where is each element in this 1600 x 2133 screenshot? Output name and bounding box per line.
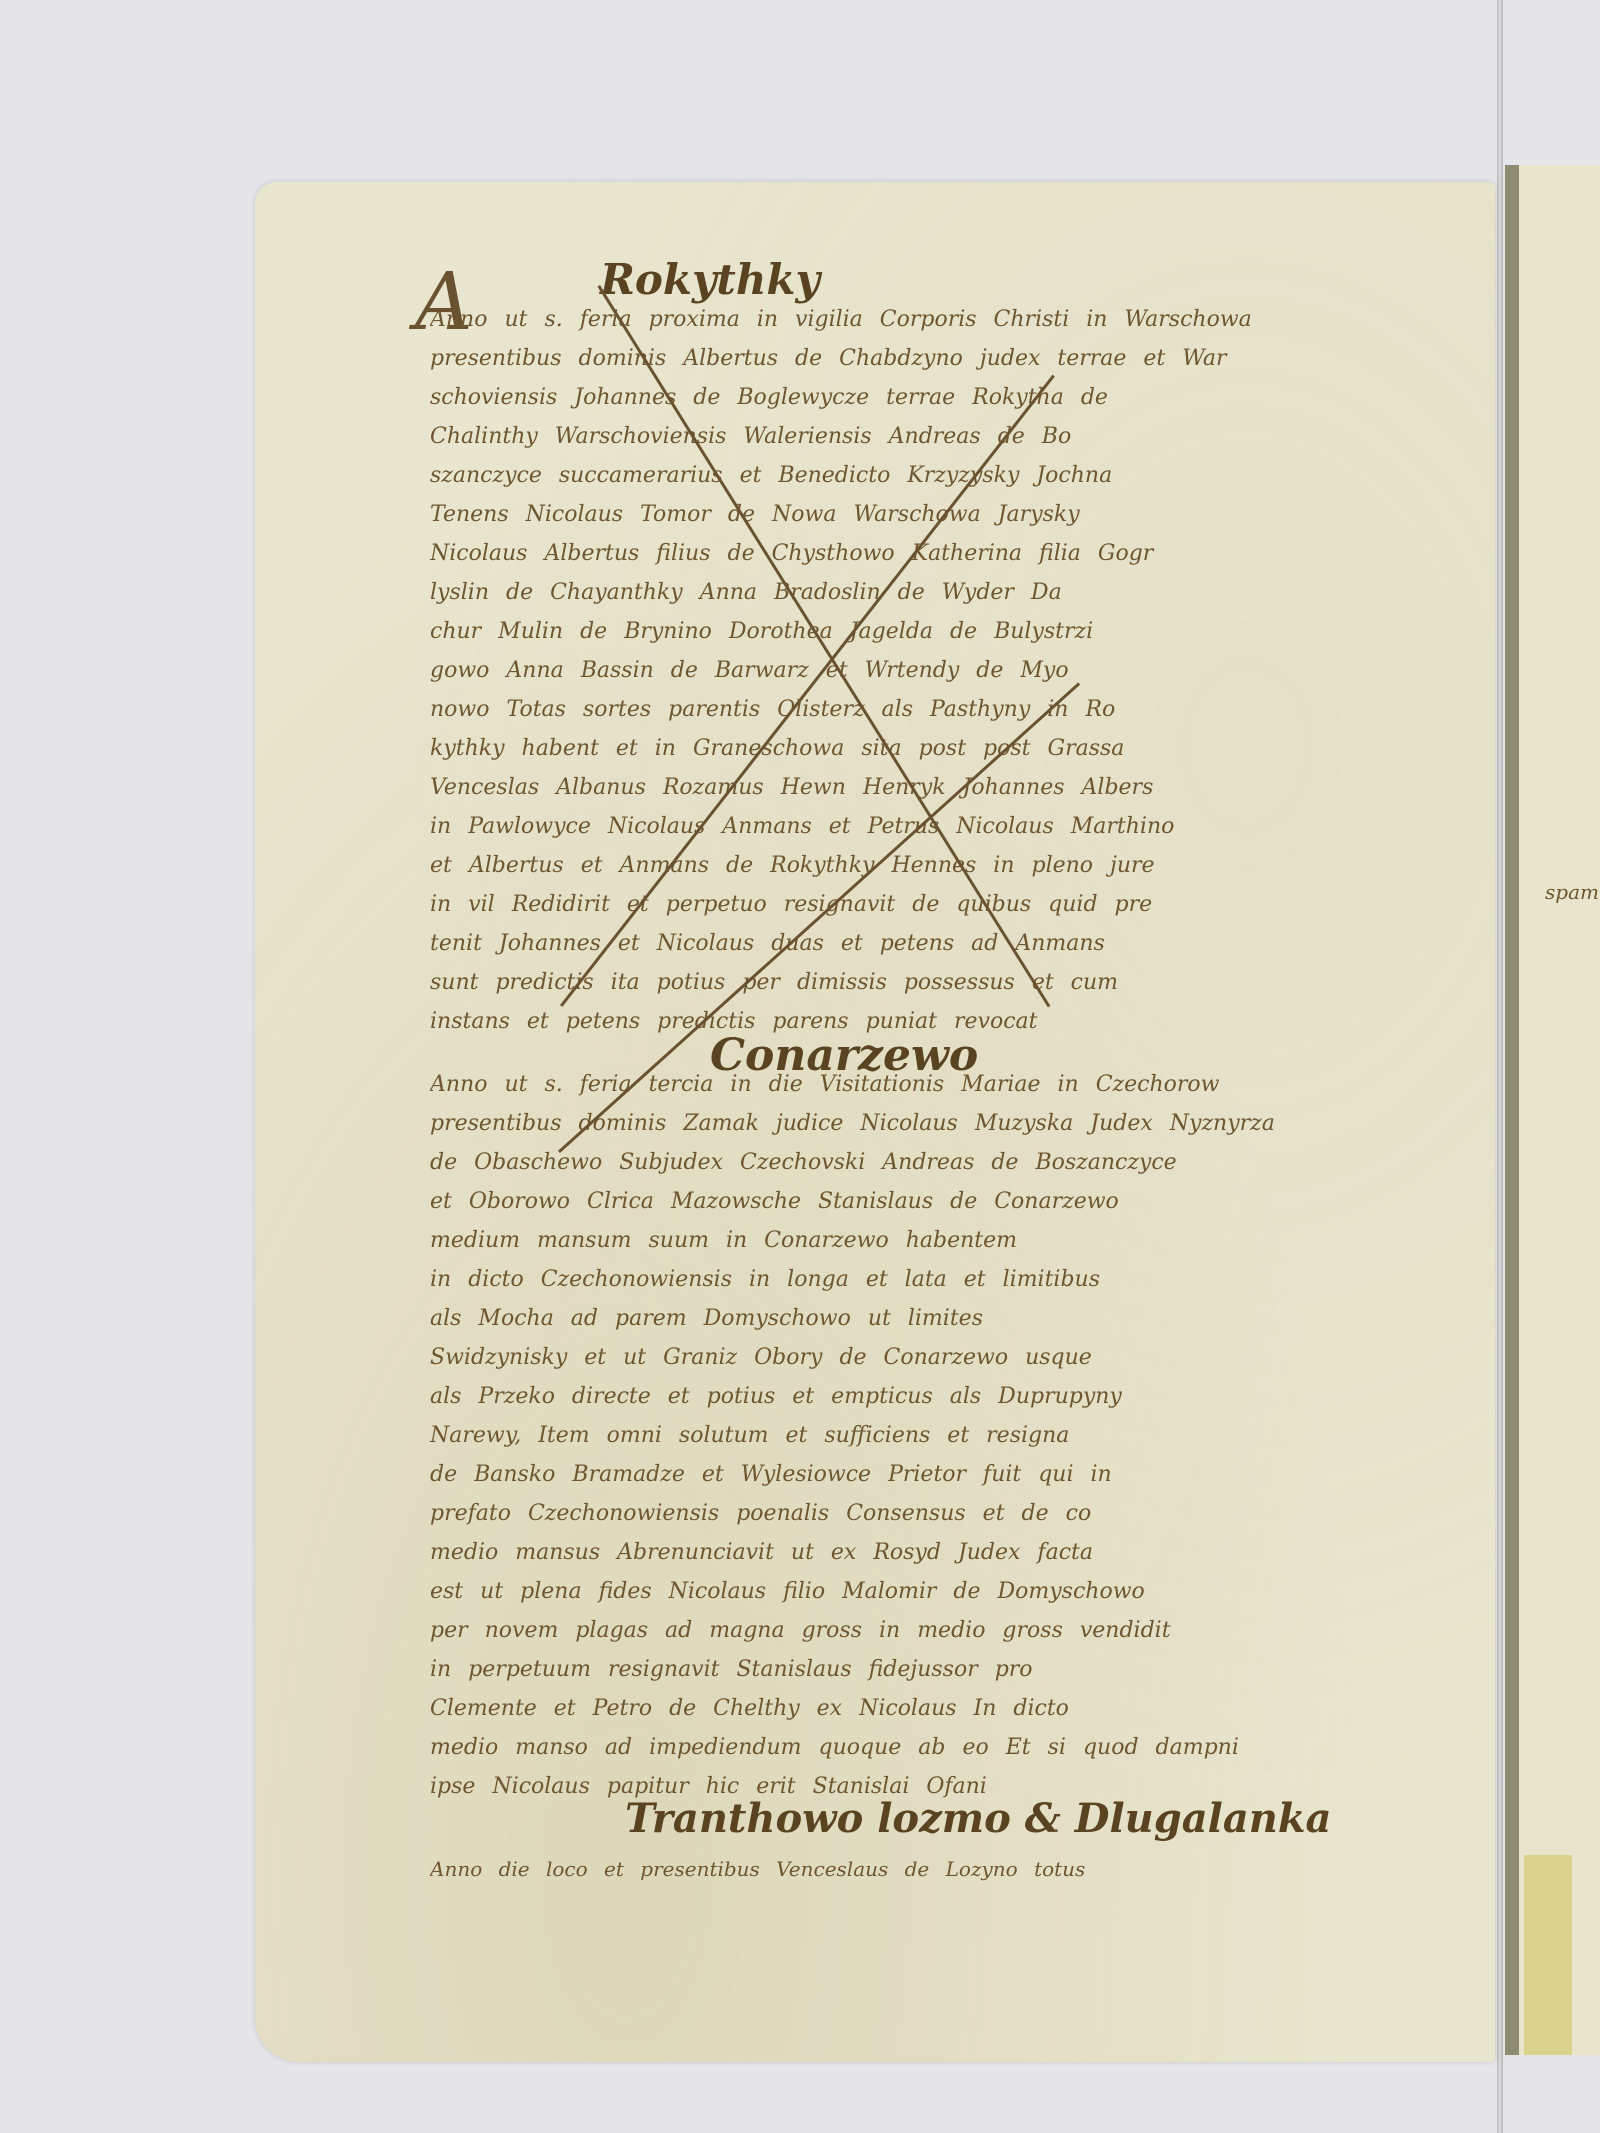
section-body-rokythky: Anno ut s. feria proxima in vigilia Corp… xyxy=(430,300,1330,1041)
glass-edge xyxy=(1497,0,1503,2133)
text-line: gowo Anna Bassin de Barwarz et Wrtendy d… xyxy=(430,651,1330,690)
text-line: chur Mulin de Brynino Dorothea Jagelda d… xyxy=(430,612,1330,651)
text-line: presentibus dominis Albertus de Chabdzyn… xyxy=(430,339,1330,378)
text-line: schoviensis Johannes de Boglewycze terra… xyxy=(430,378,1330,417)
text-line: Nicolaus Albertus filius de Chysthowo Ka… xyxy=(430,534,1330,573)
margin-note: spami xyxy=(1545,880,1600,904)
text-line: Swidzynisky et ut Graniz Obory de Conarz… xyxy=(430,1338,1370,1377)
text-line: medium mansum suum in Conarzewo habentem xyxy=(430,1221,1370,1260)
text-line: in perpetuum resignavit Stanislaus fidej… xyxy=(430,1650,1370,1689)
section-body-conarzewo: Anno ut s. feria tercia in die Visitatio… xyxy=(430,1065,1370,1806)
binding-gutter xyxy=(1505,165,1519,2055)
text-line: Chalinthy Warschoviensis Waleriensis And… xyxy=(430,417,1330,456)
text-line: medio mansus Abrenunciavit ut ex Rosyd J… xyxy=(430,1533,1370,1572)
text-line: Anno die loco et presentibus Venceslaus … xyxy=(430,1850,1380,1889)
text-line: als Mocha ad parem Domyschowo ut limites xyxy=(430,1299,1370,1338)
text-line: presentibus dominis Zamak judice Nicolau… xyxy=(430,1104,1370,1143)
text-line: lyslin de Chayanthky Anna Bradoslin de W… xyxy=(430,573,1330,612)
text-line: de Obaschewo Subjudex Czechovski Andreas… xyxy=(430,1143,1370,1182)
text-line: in dicto Czechonowiensis in longa et lat… xyxy=(430,1260,1370,1299)
text-line: Anno ut s. feria proxima in vigilia Corp… xyxy=(430,300,1330,339)
text-line: Tenens Nicolaus Tomor de Nowa Warschowa … xyxy=(430,495,1330,534)
text-line: tenit Johannes et Nicolaus duas et peten… xyxy=(430,924,1330,963)
text-line: et Oborowo Clrica Mazowsche Stanislaus d… xyxy=(430,1182,1370,1221)
text-line: est ut plena fides Nicolaus filio Malomi… xyxy=(430,1572,1370,1611)
text-line: Anno ut s. feria tercia in die Visitatio… xyxy=(430,1065,1370,1104)
text-line: Clemente et Petro de Chelthy ex Nicolaus… xyxy=(430,1689,1370,1728)
text-line: et Albertus et Anmans de Rokythky Hennes… xyxy=(430,846,1330,885)
text-line: als Przeko directe et potius et empticus… xyxy=(430,1377,1370,1416)
section-heading-tranthowo: Tranthowo lozmo & Dlugalanka xyxy=(625,1795,1331,1842)
text-line: Venceslas Albanus Rozamus Hewn Henryk Jo… xyxy=(430,768,1330,807)
section-body-tranthowo: Anno die loco et presentibus Venceslaus … xyxy=(430,1850,1380,1889)
text-line: szanczyce succamerarius et Benedicto Krz… xyxy=(430,456,1330,495)
text-line: per novem plagas ad magna gross in medio… xyxy=(430,1611,1370,1650)
text-line: nowo Totas sortes parentis Olisterz als … xyxy=(430,690,1330,729)
text-line: in Pawlowyce Nicolaus Anmans et Petrus N… xyxy=(430,807,1330,846)
text-line: in vil Redidirit et perpetuo resignavit … xyxy=(430,885,1330,924)
facing-page xyxy=(1518,165,1600,2055)
repair-tape xyxy=(1524,1855,1572,2055)
text-line: prefato Czechonowiensis poenalis Consens… xyxy=(430,1494,1370,1533)
section-heading-rokythky: Rokythky xyxy=(600,255,820,304)
text-line: Narewy, Item omni solutum et sufficiens … xyxy=(430,1416,1370,1455)
text-line: medio manso ad impediendum quoque ab eo … xyxy=(430,1728,1370,1767)
text-line: de Bansko Bramadze et Wylesiowce Prietor… xyxy=(430,1455,1370,1494)
text-line: sunt predictis ita potius per dimissis p… xyxy=(430,963,1330,1002)
